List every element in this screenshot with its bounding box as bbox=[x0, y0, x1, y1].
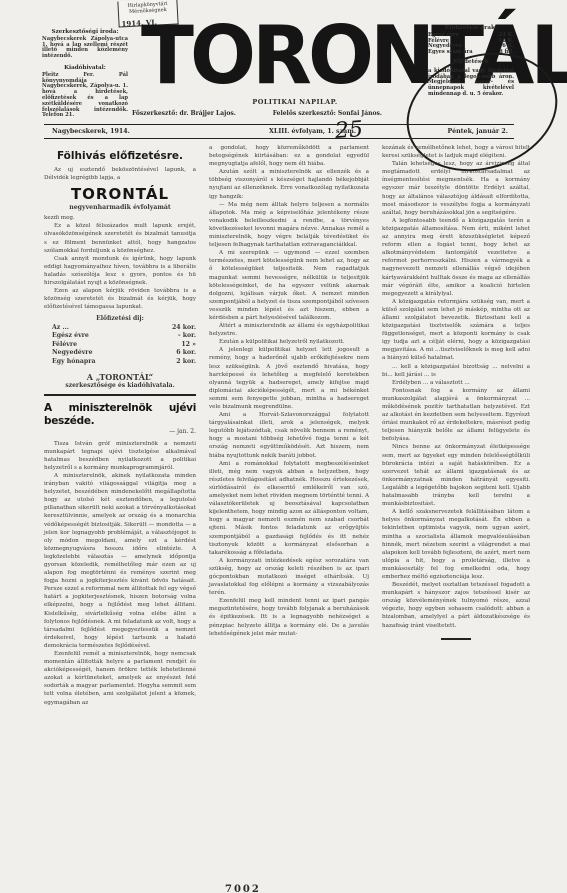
price-label: Egyes szám ára bbox=[428, 50, 473, 56]
signature-sub: szerkesztősége és kiadóhivatala. bbox=[44, 382, 196, 390]
column-2: a gondolat, hogy közreműködött a parlame… bbox=[209, 144, 369, 638]
paragraph: A miniszterelnök, akinek nyilatkozata mi… bbox=[44, 472, 196, 650]
fee-value: 12 » bbox=[181, 341, 196, 350]
paragraph: Ezenfelül remél a miniszterelnök, hogy n… bbox=[44, 650, 196, 707]
office-text: Nagybecskerek Zápolya-utca 1. hová a lap… bbox=[42, 37, 128, 60]
paragraph: Az uj esztendő beköszöntésével lapunk, a… bbox=[44, 166, 196, 182]
fee-row: Egy hónapra2 kor. bbox=[44, 358, 196, 367]
paragraph: Azután szólt a miniszterelnök az ellenzé… bbox=[209, 168, 369, 200]
paragraph: A kormányzati intézkedések egész sorozat… bbox=[209, 557, 369, 597]
prices-title: Előfizetési árak: bbox=[428, 26, 514, 32]
page-number: 7002 bbox=[225, 884, 261, 893]
divider bbox=[44, 124, 514, 125]
responsible-editor: Felelős szerkesztő: Sonfai János. bbox=[273, 110, 382, 117]
office-title: Szerkesztőségi iroda: bbox=[42, 30, 128, 36]
handwritten-number: 25 bbox=[334, 117, 364, 144]
chief-editor: Főszerkesztő: dr. Brájjer Lajos. bbox=[132, 110, 236, 117]
paragraph: Csak annyit mondunk és igérünk, hogy lap… bbox=[44, 255, 196, 287]
fee-label: Egy hónapra bbox=[52, 358, 96, 367]
volume-line: negyvenharmadik évfolyamát bbox=[44, 204, 196, 212]
paragraph: Ami a románokkal folytatott megbeszélése… bbox=[209, 460, 369, 557]
paragraph: kezdi meg. bbox=[44, 214, 196, 222]
publisher-title: Kiadóhivatal: bbox=[42, 66, 128, 72]
fee-row: Egész évre- kor. bbox=[44, 332, 196, 341]
paragraph: A közigazgatás reformjára szükség van, m… bbox=[382, 298, 530, 363]
subscription-call-heading: Fölhivás előfizetésre. bbox=[44, 150, 196, 162]
column-3: kozának és remélhetőnek lehet, hogy a vá… bbox=[382, 144, 530, 640]
paragraph: a gondolat, hogy közreműködött a parlame… bbox=[209, 144, 369, 168]
fee-row: Az ...24 kor. bbox=[44, 324, 196, 333]
paragraph: Ezen az alapon kérjük röviden továbbra i… bbox=[44, 287, 196, 311]
paper-name: TORONTÁL bbox=[44, 186, 196, 202]
signature: A „TORONTÁL“ bbox=[44, 372, 196, 382]
masthead-subtitle: POLITIKAI NAPILAP. bbox=[230, 98, 360, 106]
paragraph: Fontosnak fog a kormány az állami munkas… bbox=[382, 387, 530, 444]
publisher-text: Pleitz Fer. Pál könyvnyomdája Nagybecske… bbox=[42, 73, 128, 119]
fee-row: Félévre12 » bbox=[44, 341, 196, 350]
office-info-box: Szerkesztőségi iroda: Nagybecskerek Zápo… bbox=[42, 30, 128, 125]
fee-title: Előfizetési dij: bbox=[44, 315, 196, 323]
paragraph: Erdélyben ... a választott ... bbox=[382, 379, 530, 387]
newspaper-page: Hírlapkönyvtári Mérnökségnek 1914. VI. S… bbox=[0, 0, 567, 893]
fee-label: Az ... bbox=[52, 324, 69, 333]
paragraph: Áttért a miniszterelnök az állami és egy… bbox=[209, 322, 369, 338]
paragraph: Tisza István gróf miniszterelnök a nemze… bbox=[44, 440, 196, 472]
paragraph: Talán lehetséges lesz, hogy az árvizinsé… bbox=[382, 160, 530, 217]
fee-value: - kor. bbox=[178, 332, 196, 341]
paragraph: kozának és remélhetőnek lehet, hogy a vá… bbox=[382, 144, 530, 160]
paragraph: Ezenfelül meg kell mindent tenni az ipar… bbox=[209, 597, 369, 637]
fee-label: Félévre bbox=[52, 341, 77, 350]
fee-label: Negyedévre bbox=[52, 349, 93, 358]
paragraph: A mi szerepünk — ugymond — ezzel szemben… bbox=[209, 249, 369, 322]
paragraph: A legfontosabb teendő a közigazgatás ter… bbox=[382, 217, 530, 298]
paragraph: Nincs benne az önkormányzat életképesség… bbox=[382, 443, 530, 508]
paragraph: ... kell a közigazgatási bizottság ... n… bbox=[382, 363, 530, 379]
divider bbox=[44, 394, 196, 396]
dateline-location: Nagybecskerek, 1914. bbox=[52, 128, 130, 135]
article-heading: A miniszterelnök ujévi beszéde. bbox=[44, 402, 196, 428]
end-rule bbox=[441, 638, 471, 640]
paragraph: Ezután a külpolitikai helyzetről nyilatk… bbox=[209, 338, 369, 346]
paragraph: Beszédét, melyet osztatlan tetszéssel fo… bbox=[382, 581, 530, 630]
dateline-day: Péntek, január 2. bbox=[448, 128, 509, 135]
editors-line: Főszerkesztő: dr. Brájjer Lajos. Felelős… bbox=[132, 110, 382, 117]
paragraph: Ami a Horvát-Szlavonországgal folytatott… bbox=[209, 411, 369, 460]
fee-value: 2 kor. bbox=[176, 358, 196, 367]
article-date: — jan. 2. bbox=[44, 428, 196, 436]
paragraph: Ez a közel félszázados mult lapunk erejé… bbox=[44, 222, 196, 254]
divider bbox=[44, 138, 514, 139]
masthead-title: TORONTÁL bbox=[141, 18, 403, 94]
paragraph: — Ma még nem álltak helyre teljesen a no… bbox=[209, 201, 369, 250]
column-1: Fölhivás előfizetésre. Az uj esztendő be… bbox=[44, 144, 196, 707]
dateline: Nagybecskerek, 1914. XLIII. évfolyam, 1.… bbox=[44, 126, 514, 138]
fee-value: 24 kor. bbox=[172, 324, 196, 333]
fee-row: Negyedévre6 kor. bbox=[44, 349, 196, 358]
fee-value: 6 kor. bbox=[176, 349, 196, 358]
paragraph: A kellő szaksnervezetek felállitásában l… bbox=[382, 508, 530, 581]
fee-label: Egész évre bbox=[52, 332, 89, 341]
paragraph: A jelenlegi külpolitikai helyzet lett jo… bbox=[209, 346, 369, 411]
